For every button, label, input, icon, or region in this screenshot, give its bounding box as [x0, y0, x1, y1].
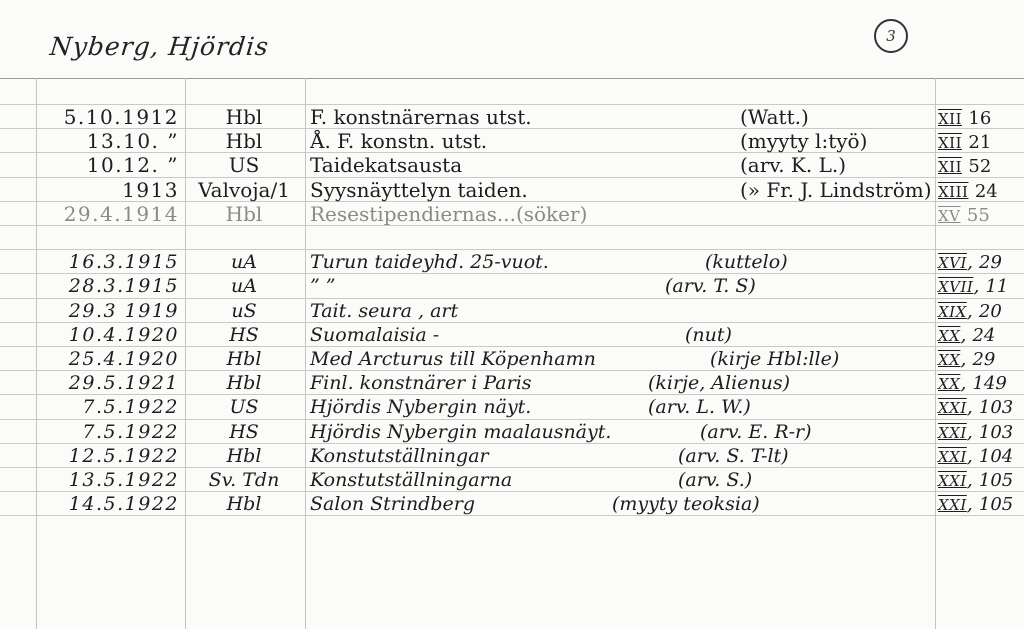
page-number: 105 — [979, 494, 1013, 515]
entry-date: 7.5.1922 — [38, 394, 183, 418]
page-number: 55 — [967, 205, 990, 226]
entry-title: F. konstnärernas utst. — [310, 104, 532, 128]
entry-title: Taidekatsausta — [310, 152, 462, 176]
volume-number: XII — [938, 158, 962, 176]
entry-source: Hbl — [188, 104, 300, 128]
table-row: 1913Valvoja/1Syysnäyttelyn taiden.(» Fr.… — [0, 177, 1024, 201]
entry-note: (myyty teoksia) — [612, 491, 760, 515]
volume-number: XXI — [938, 424, 967, 442]
page-number: 24 — [972, 325, 995, 346]
table-row: 28.3.1915uA” ”(arv. T. S)XVII, 11 — [0, 273, 1024, 297]
entry-title: Konstutställningarna — [310, 467, 512, 491]
volume-number: XX — [938, 327, 960, 345]
entry-note: (arv. S.) — [678, 467, 752, 491]
entry-reference: XIII 24 — [938, 177, 1024, 201]
entry-title: Syysnäyttelyn taiden. — [310, 177, 528, 201]
entry-title: Tait. seura , art — [310, 298, 458, 322]
entry-title: Finl. konstnärer i Paris — [310, 370, 532, 394]
volume-number: XII — [938, 110, 962, 128]
entry-title: Å. F. konstn. utst. — [310, 128, 487, 152]
entry-date: 7.5.1922 — [38, 419, 183, 443]
entry-date: 10.4.1920 — [38, 322, 183, 346]
page-number: 103 — [979, 422, 1013, 443]
entry-date: 13.10. ” — [38, 128, 183, 152]
volume-number: XX — [938, 351, 960, 369]
entry-reference: XXI, 104 — [938, 443, 1024, 467]
volume-number: XIII — [938, 183, 968, 201]
table-row: 16.3.1915uATurun taideyhd. 25-vuot.(kutt… — [0, 249, 1024, 273]
page-number: 21 — [968, 132, 991, 153]
entry-note: (arv. L. W.) — [648, 394, 751, 418]
table-row: 7.5.1922HSHjördis Nybergin maalausnäyt.(… — [0, 419, 1024, 443]
table-row: 29.5.1921HblFinl. konstnärer i Paris(kir… — [0, 370, 1024, 394]
page-number: 149 — [972, 373, 1006, 394]
entry-date: 29.5.1921 — [38, 370, 183, 394]
entry-title: Hjördis Nybergin maalausnäyt. — [310, 419, 611, 443]
table-row: 14.5.1922HblSalon Strindberg(myyty teoks… — [0, 491, 1024, 515]
entry-source: Valvoja/1 — [188, 177, 300, 201]
entry-reference: XXI, 103 — [938, 394, 1024, 418]
entry-note: (nut) — [685, 322, 732, 346]
separator: , — [967, 445, 979, 467]
volume-number: XII — [938, 134, 962, 152]
entry-reference: XV 55 — [938, 201, 1024, 225]
entry-date: 29.4.1914 — [38, 201, 183, 225]
entry-reference: XII 52 — [938, 152, 1024, 176]
separator: , — [967, 469, 979, 491]
volume-number: XX — [938, 375, 960, 393]
entry-source: Hbl — [188, 201, 300, 225]
table-row: 12.5.1922HblKonstutställningar(arv. S. T… — [0, 443, 1024, 467]
separator: , — [967, 396, 979, 418]
entry-reference: XIX, 20 — [938, 298, 1024, 322]
entry-date: 25.4.1920 — [38, 346, 183, 370]
entry-source: Hbl — [188, 370, 300, 394]
page-number: 29 — [979, 252, 1002, 273]
header-rule — [0, 78, 1024, 79]
separator: , — [960, 348, 972, 370]
entry-note: (arv. E. R-r) — [700, 419, 812, 443]
volume-number: XXI — [938, 399, 967, 417]
entry-date: 10.12. ” — [38, 152, 183, 176]
table-row: 13.10. ”HblÅ. F. konstn. utst.(myyty l:t… — [0, 128, 1024, 152]
entry-source: Sv. Tdn — [188, 467, 300, 491]
volume-number: XVI — [938, 254, 967, 272]
entry-date: 28.3.1915 — [38, 273, 183, 297]
entry-reference: XX, 149 — [938, 370, 1024, 394]
table-row: 7.5.1922USHjördis Nybergin näyt.(arv. L.… — [0, 394, 1024, 418]
separator: , — [967, 421, 979, 443]
entry-reference: XII 16 — [938, 104, 1024, 128]
volume-number: XV — [938, 207, 961, 225]
entry-title: Resestipendiernas...(söker) — [310, 201, 587, 225]
entry-reference: XII 21 — [938, 128, 1024, 152]
entry-reference: XXI, 103 — [938, 419, 1024, 443]
entry-source: uA — [188, 249, 300, 273]
entry-reference: XXI, 105 — [938, 491, 1024, 515]
entry-note: (arv. K. L.) — [740, 152, 846, 176]
table-row: 29.3 1919uSTait. seura , artXIX, 20 — [0, 298, 1024, 322]
volume-number: XXI — [938, 448, 967, 466]
entry-source: HS — [188, 419, 300, 443]
entry-source: Hbl — [188, 346, 300, 370]
volume-number: XVII — [938, 278, 973, 296]
page-number: 29 — [972, 349, 995, 370]
page-number: 11 — [985, 276, 1008, 297]
separator: , — [967, 493, 979, 515]
entry-source: Hbl — [188, 491, 300, 515]
entry-reference: XX, 24 — [938, 322, 1024, 346]
table-row: 13.5.1922Sv. TdnKonstutställningarna(arv… — [0, 467, 1024, 491]
entry-note: (kirje, Alienus) — [648, 370, 790, 394]
entry-date: 13.5.1922 — [38, 467, 183, 491]
page-number: 105 — [979, 470, 1013, 491]
page-number-circle: 3 — [874, 19, 908, 53]
entry-title: ” ” — [310, 273, 335, 297]
entry-note: (» Fr. J. Lindström) — [740, 177, 932, 201]
entry-note: (arv. S. T-lt) — [678, 443, 789, 467]
entry-source: US — [188, 152, 300, 176]
separator: , — [960, 372, 972, 394]
table-row: 10.4.1920HSSuomalaisia -(nut)XX, 24 — [0, 322, 1024, 346]
entry-date: 12.5.1922 — [38, 443, 183, 467]
entry-reference: XX, 29 — [938, 346, 1024, 370]
table-row — [0, 225, 1024, 249]
table-row: 29.4.1914HblResestipendiernas...(söker)X… — [0, 201, 1024, 225]
card-title: Nyberg, Hjördis — [48, 32, 270, 61]
entry-date: 29.3 1919 — [38, 298, 183, 322]
entry-source: Hbl — [188, 128, 300, 152]
entry-source: HS — [188, 322, 300, 346]
page-number: 103 — [979, 397, 1013, 418]
entry-source: uS — [188, 298, 300, 322]
entry-source: Hbl — [188, 443, 300, 467]
page-number: 24 — [975, 181, 998, 202]
table-row: 10.12. ”USTaidekatsausta(arv. K. L.)XII … — [0, 152, 1024, 176]
index-card: Nyberg, Hjördis 3 5.10.1912HblF. konstnä… — [0, 0, 1024, 629]
volume-number: XIX — [938, 303, 967, 321]
entry-note: (myyty l:työ) — [740, 128, 867, 152]
entry-title: Konstutställningar — [310, 443, 489, 467]
page-number: 52 — [968, 156, 991, 177]
volume-number: XXI — [938, 496, 967, 514]
page-number: 16 — [968, 108, 991, 129]
entry-date: 1913 — [38, 177, 183, 201]
entry-note: (kuttelo) — [705, 249, 788, 273]
page-number: 20 — [979, 301, 1002, 322]
entry-note: (arv. T. S) — [665, 273, 756, 297]
entry-title: Turun taideyhd. 25-vuot. — [310, 249, 549, 273]
separator: , — [967, 251, 979, 273]
entry-note: (kirje Hbl:lle) — [710, 346, 839, 370]
entry-reference: XVII, 11 — [938, 273, 1024, 297]
table-row: 5.10.1912HblF. konstnärernas utst.(Watt.… — [0, 104, 1024, 128]
entry-title: Salon Strindberg — [310, 491, 475, 515]
entry-title: Hjördis Nybergin näyt. — [310, 394, 531, 418]
separator: , — [967, 300, 979, 322]
row-rule — [0, 515, 1024, 516]
entry-source: uA — [188, 273, 300, 297]
entry-source: US — [188, 394, 300, 418]
entry-reference: XXI, 105 — [938, 467, 1024, 491]
entry-title: Med Arcturus till Köpenhamn — [310, 346, 596, 370]
separator: , — [973, 275, 985, 297]
entry-date: 5.10.1912 — [38, 104, 183, 128]
volume-number: XXI — [938, 472, 967, 490]
separator: , — [960, 324, 972, 346]
entry-title: Suomalaisia - — [310, 322, 439, 346]
page-number: 104 — [979, 446, 1013, 467]
entry-date: 16.3.1915 — [38, 249, 183, 273]
table-row: 25.4.1920HblMed Arcturus till Köpenhamn(… — [0, 346, 1024, 370]
entry-note: (Watt.) — [740, 104, 809, 128]
entry-reference: XVI, 29 — [938, 249, 1024, 273]
entry-date: 14.5.1922 — [38, 491, 183, 515]
